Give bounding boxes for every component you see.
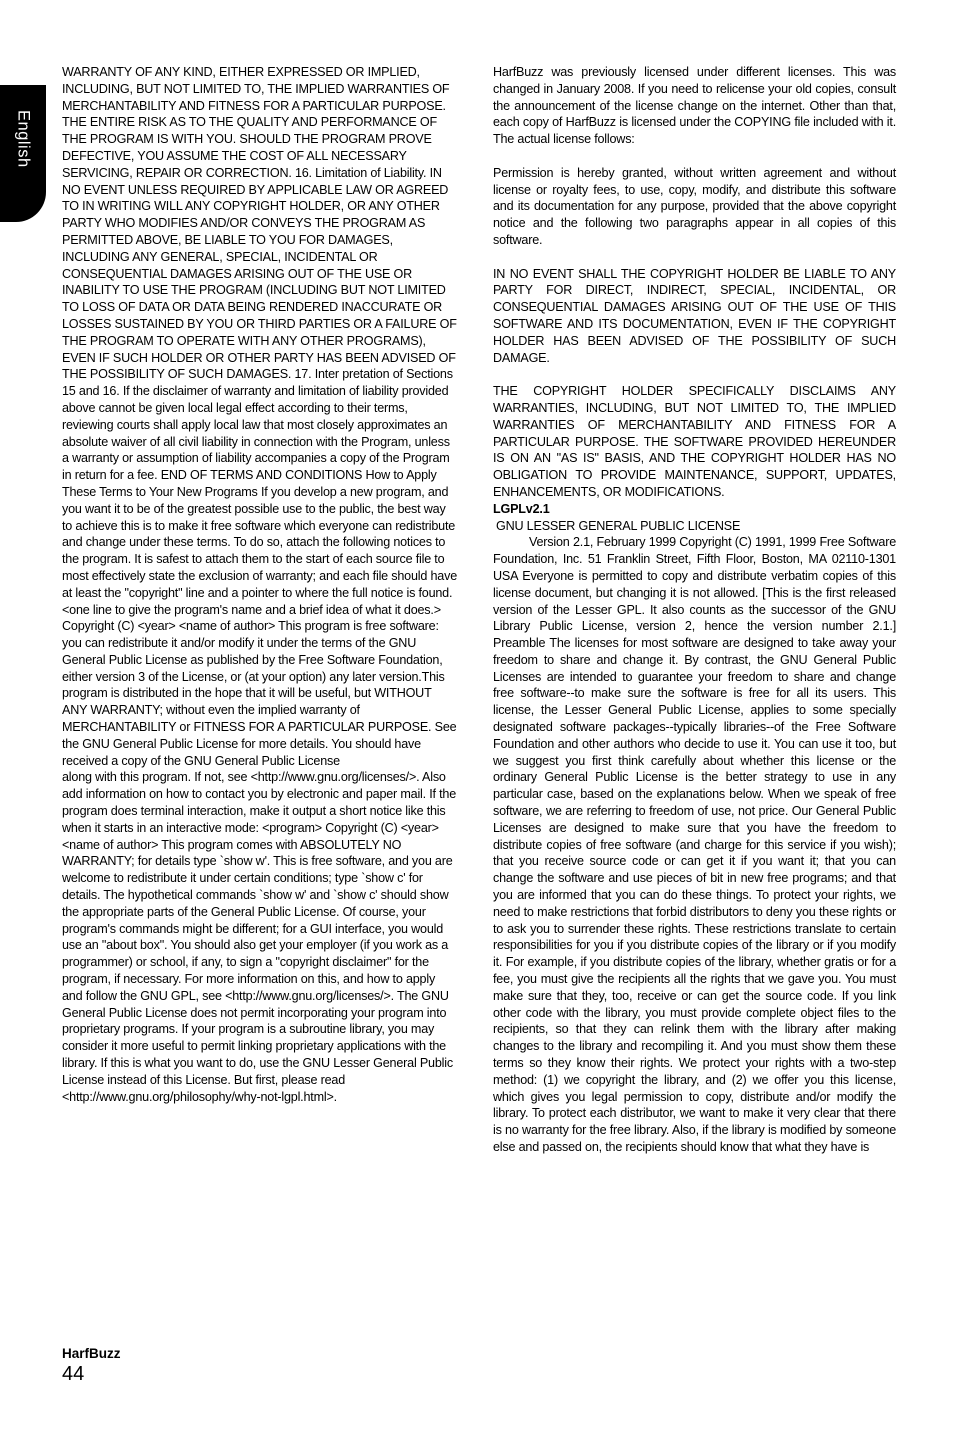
page-number: 44 <box>62 1362 121 1386</box>
gpl-warranty-paragraph: WARRANTY OF ANY KIND, EITHER EXPRESSED O… <box>62 64 458 769</box>
language-tab-label: English <box>14 110 33 168</box>
lgpl-license-body: Version 2.1, February 1999 Copyright (C)… <box>493 534 896 1155</box>
manual-page: English WARRANTY OF ANY KIND, EITHER EXP… <box>0 0 954 1432</box>
left-text-column: WARRANTY OF ANY KIND, EITHER EXPRESSED O… <box>62 64 458 1105</box>
lgpl-license-title: GNU LESSER GENERAL PUBLIC LICENSE <box>493 518 896 535</box>
lgpl-version-heading: LGPLv2.1 <box>493 501 896 518</box>
harfbuzz-intro-paragraph: HarfBuzz was previously licensed under d… <box>493 64 896 148</box>
harfbuzz-liability-paragraph: IN NO EVENT SHALL THE COPYRIGHT HOLDER B… <box>493 266 896 367</box>
footer-section-title: HarfBuzz <box>62 1345 121 1362</box>
right-text-column: HarfBuzz was previously licensed under d… <box>493 64 896 1156</box>
language-tab: English <box>0 85 46 222</box>
harfbuzz-disclaimer-paragraph: THE COPYRIGHT HOLDER SPECIFICALLY DISCLA… <box>493 383 896 501</box>
page-footer: HarfBuzz 44 <box>62 1345 121 1386</box>
gpl-howto-paragraph: along with this program. If not, see <ht… <box>62 769 458 1105</box>
harfbuzz-permission-paragraph: Permission is hereby granted, without wr… <box>493 165 896 249</box>
